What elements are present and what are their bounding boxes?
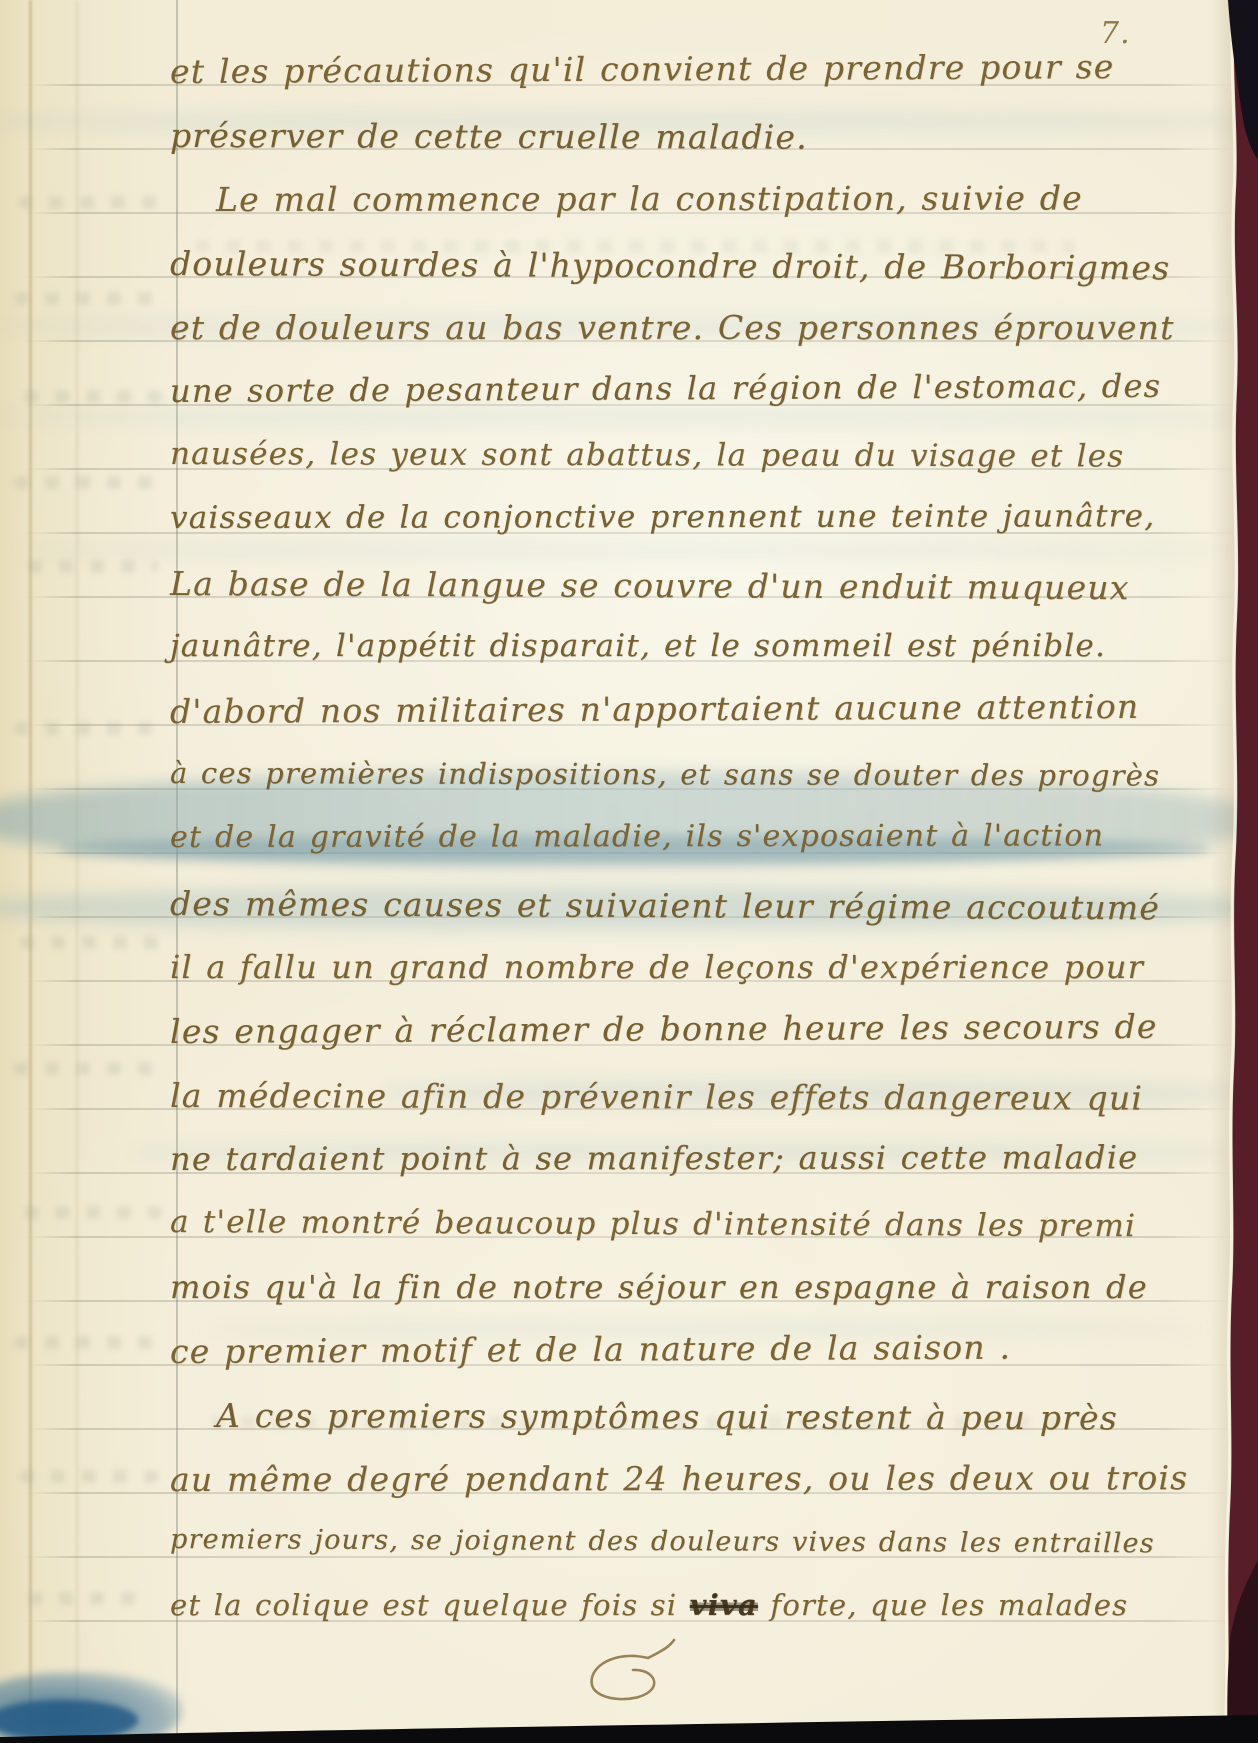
line-text: et de la gravité de la maladie, ils s'ex… — [170, 818, 1104, 855]
line-text: A ces premiers symptômes qui restent à p… — [216, 1396, 1118, 1437]
line-text: les engager à réclamer de bonne heure le… — [170, 1007, 1158, 1051]
line-text: nausées, les yeux sont abattus, la peau … — [170, 436, 1124, 474]
manuscript-line: et la colique est quelque fois si viva f… — [170, 1588, 1128, 1622]
line-text: et la colique est quelque fois si — [170, 1588, 690, 1622]
line-text: jaunâtre, l'appétit disparait, et le som… — [170, 628, 1106, 664]
manuscript-line: et de douleurs au bas ventre. Ces person… — [170, 308, 1175, 347]
manuscript-line: les engager à réclamer de bonne heure le… — [170, 1007, 1158, 1051]
manuscript-line: douleurs sourdes à l'hypocondre droit, d… — [170, 244, 1170, 287]
line-text: et de douleurs au bas ventre. Ces person… — [170, 308, 1175, 347]
line-text: douleurs sourdes à l'hypocondre droit, d… — [170, 244, 1170, 287]
manuscript-line: A ces premiers symptômes qui restent à p… — [216, 1396, 1118, 1437]
struck-word: viva — [690, 1588, 758, 1622]
line-text: vaisseaux de la conjonctive prennent une… — [170, 498, 1155, 536]
manuscript-line: jaunâtre, l'appétit disparait, et le som… — [170, 628, 1106, 664]
manuscript-line: Le mal commence par la constipation, sui… — [216, 178, 1083, 219]
line-text: mois qu'à la fin de notre séjour en espa… — [170, 1268, 1148, 1306]
line-text: La base de la langue se couvre d'un endu… — [170, 564, 1130, 607]
line-text: premiers jours, se joignent des douleurs… — [170, 1524, 1155, 1559]
manuscript-line: ne tardaient point à se manifester; auss… — [170, 1138, 1138, 1178]
manuscript-line: La base de la langue se couvre d'un endu… — [170, 564, 1130, 607]
line-text: et les précautions qu'il convient de pre… — [170, 47, 1115, 91]
manuscript-line: des mêmes causes et suivaient leur régim… — [170, 884, 1160, 927]
line-text: d'abord nos militaires n'apportaient auc… — [170, 687, 1140, 731]
line-text: a t'elle montré beaucoup plus d'intensit… — [170, 1204, 1136, 1244]
manuscript-line: premiers jours, se joignent des douleurs… — [170, 1524, 1155, 1559]
line-text: Le mal commence par la constipation, sui… — [216, 178, 1083, 219]
manuscript-line: et les précautions qu'il convient de pre… — [170, 47, 1115, 91]
manuscript-line: au même degré pendant 24 heures, ou les … — [170, 1458, 1188, 1499]
manuscript-line: a t'elle montré beaucoup plus d'intensit… — [170, 1204, 1136, 1244]
manuscript-line: à ces premières indispositions, et sans … — [170, 756, 1160, 793]
manuscript-line: d'abord nos militaires n'apportaient auc… — [170, 687, 1140, 731]
manuscript-line: préserver de cette cruelle maladie. — [170, 116, 808, 157]
line-text: à ces premières indispositions, et sans … — [170, 756, 1160, 793]
manuscript-line: la médecine afin de prévenir les effets … — [170, 1076, 1143, 1118]
manuscript-page: 7. et les précautions qu'il convient de … — [0, 0, 1258, 1743]
line-text: il a fallu un grand nombre de leçons d'e… — [170, 948, 1144, 986]
line-text: forte, que les malades — [758, 1588, 1128, 1622]
line-text: une sorte de pesanteur dans la région de… — [170, 367, 1161, 410]
manuscript-line: ce premier motif et de la nature de la s… — [170, 1328, 1011, 1371]
manuscript-text: et les précautions qu'il convient de pre… — [0, 0, 1258, 1743]
manuscript-line: il a fallu un grand nombre de leçons d'e… — [170, 948, 1144, 986]
line-text: préserver de cette cruelle maladie. — [170, 116, 808, 157]
manuscript-line: nausées, les yeux sont abattus, la peau … — [170, 436, 1124, 474]
manuscript-line: vaisseaux de la conjonctive prennent une… — [170, 498, 1155, 536]
manuscript-line: mois qu'à la fin de notre séjour en espa… — [170, 1268, 1148, 1306]
manuscript-line: et de la gravité de la maladie, ils s'ex… — [170, 818, 1104, 855]
manuscript-line: une sorte de pesanteur dans la région de… — [170, 367, 1161, 410]
line-text: ce premier motif et de la nature de la s… — [170, 1328, 1011, 1371]
line-text: la médecine afin de prévenir les effets … — [170, 1076, 1143, 1118]
line-text: ne tardaient point à se manifester; auss… — [170, 1138, 1138, 1178]
line-text: des mêmes causes et suivaient leur régim… — [170, 884, 1160, 927]
line-text: au même degré pendant 24 heures, ou les … — [170, 1458, 1188, 1499]
